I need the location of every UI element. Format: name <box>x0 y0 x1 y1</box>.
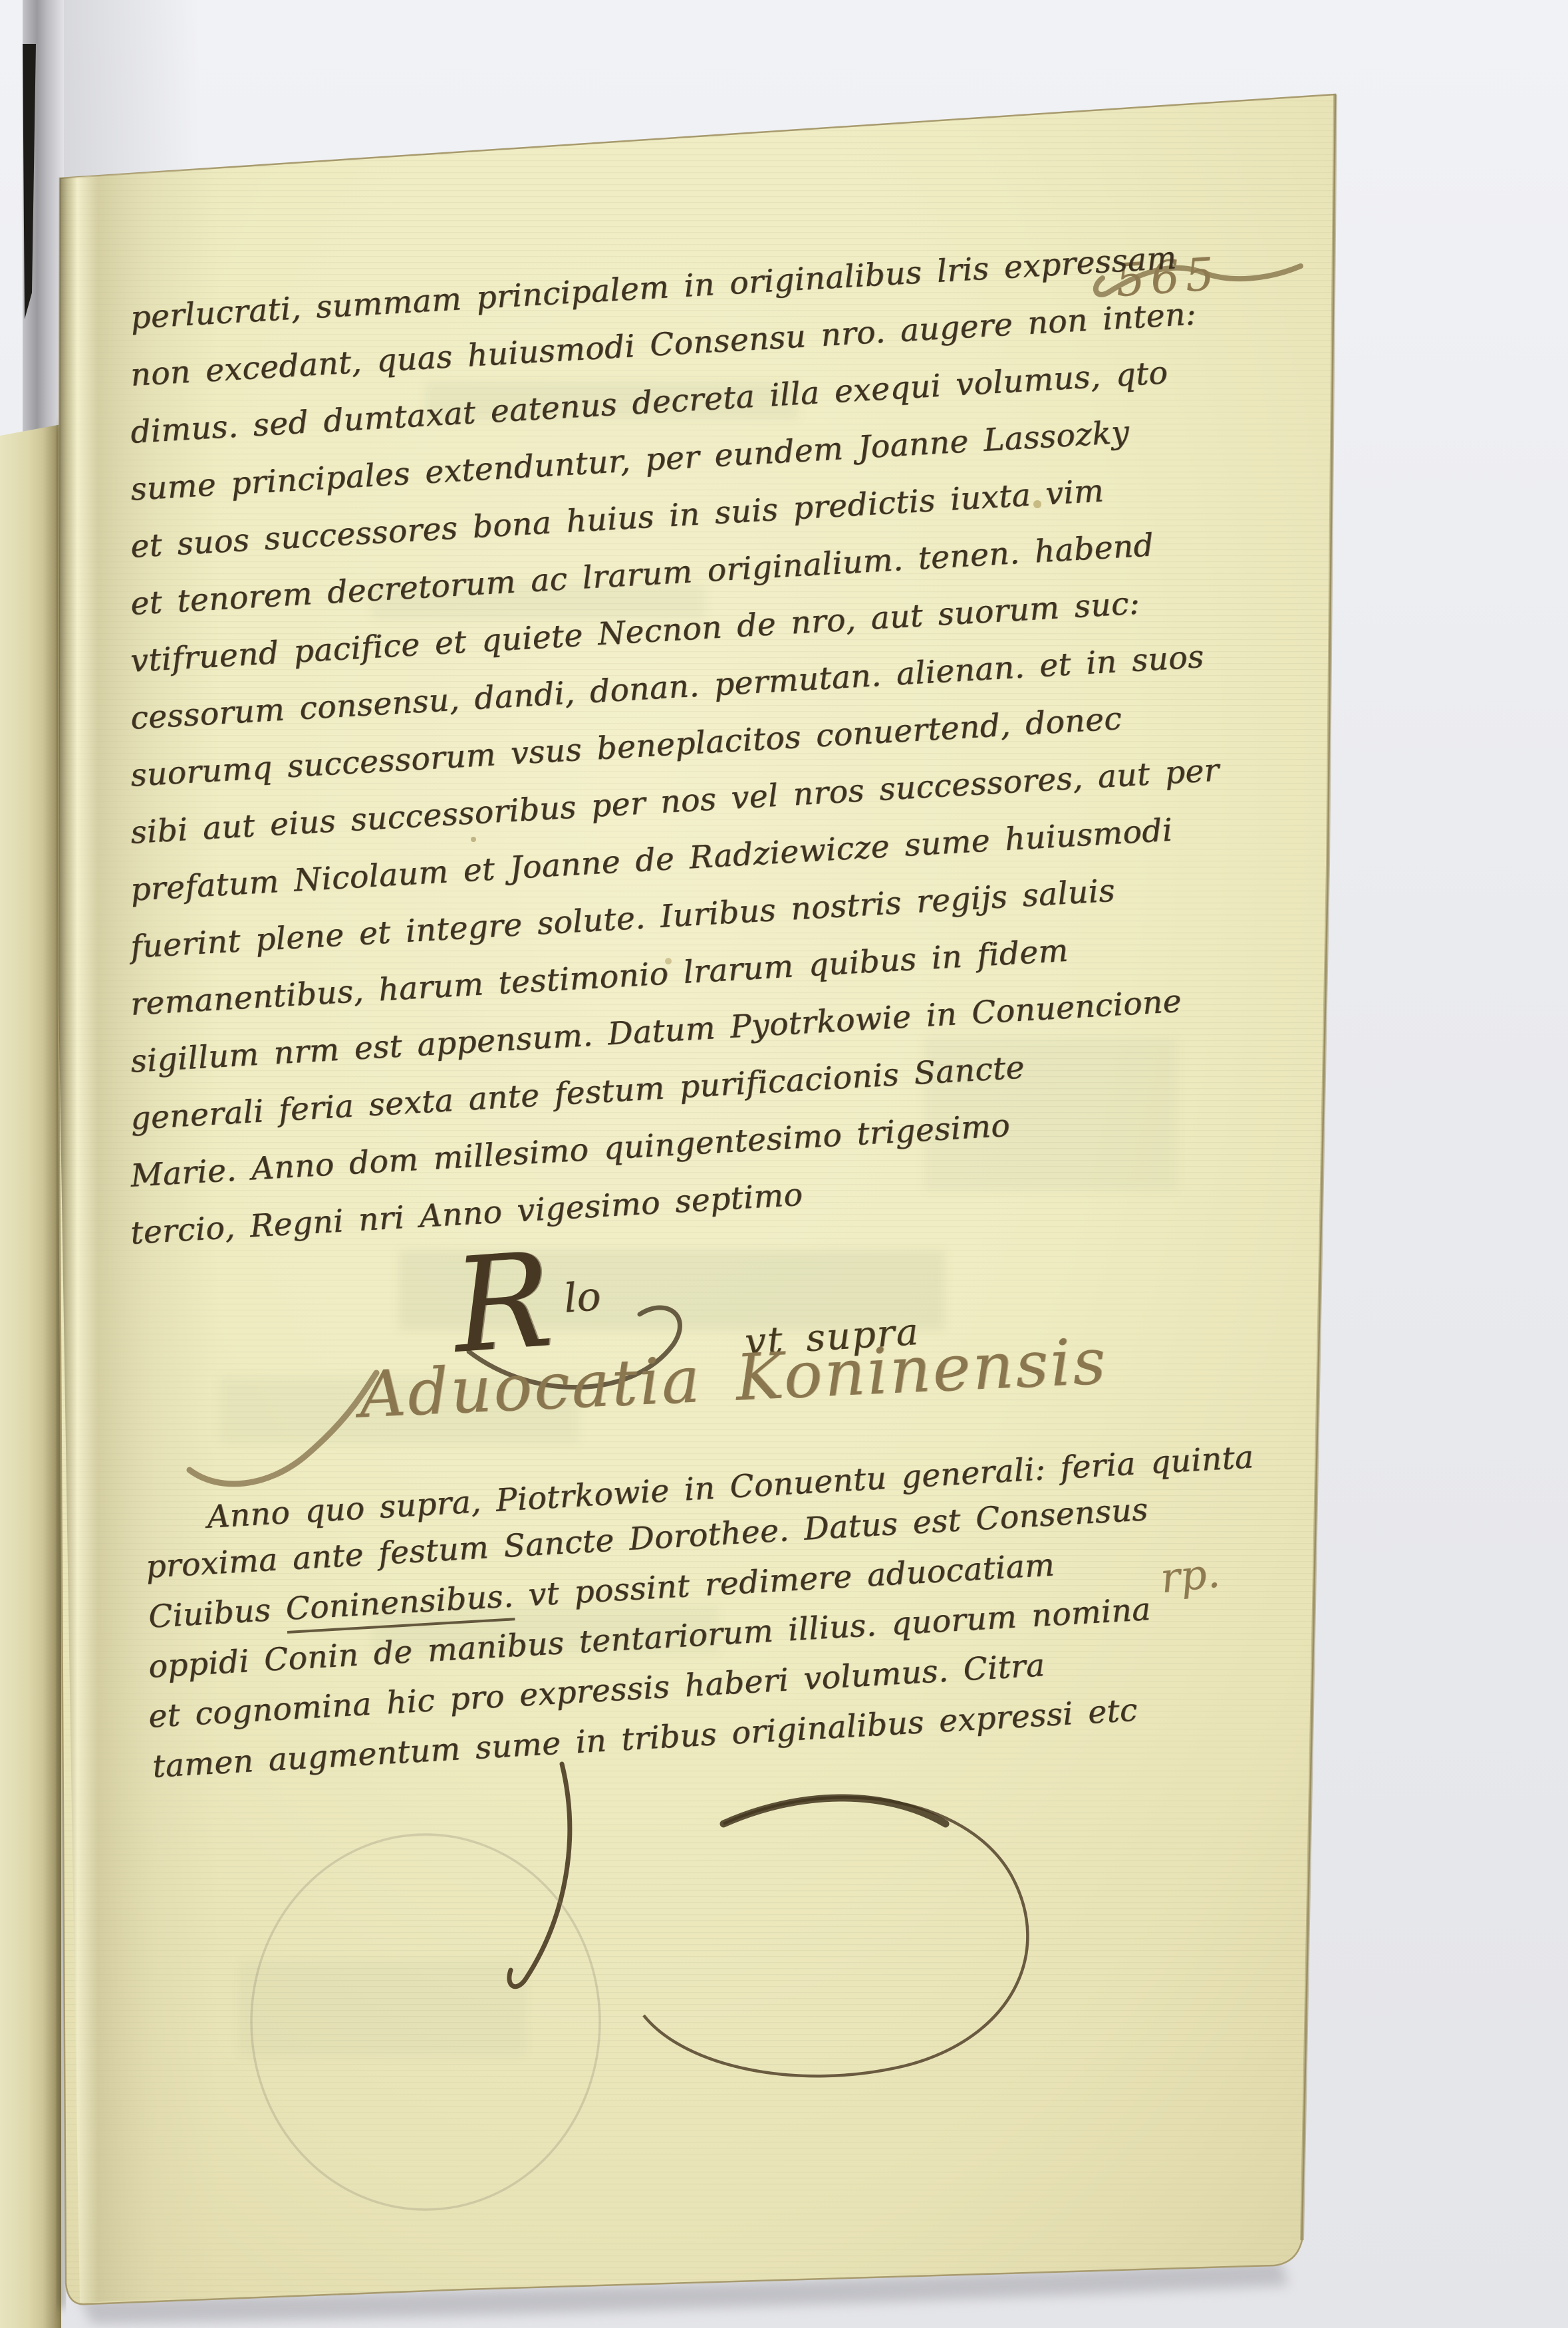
ink-text-layer: 565 perlucrati, summam principalem in or… <box>0 0 1568 2328</box>
margin-note: rp. <box>1158 1548 1222 1603</box>
manuscript-scan: 565 perlucrati, summam principalem in or… <box>0 0 1568 2328</box>
signature-superscript: lo <box>563 1273 602 1322</box>
entry2-line3-prefix: Ciuibus <box>148 1591 287 1636</box>
entry2-underlined-word: Coninensibus. <box>285 1578 515 1634</box>
